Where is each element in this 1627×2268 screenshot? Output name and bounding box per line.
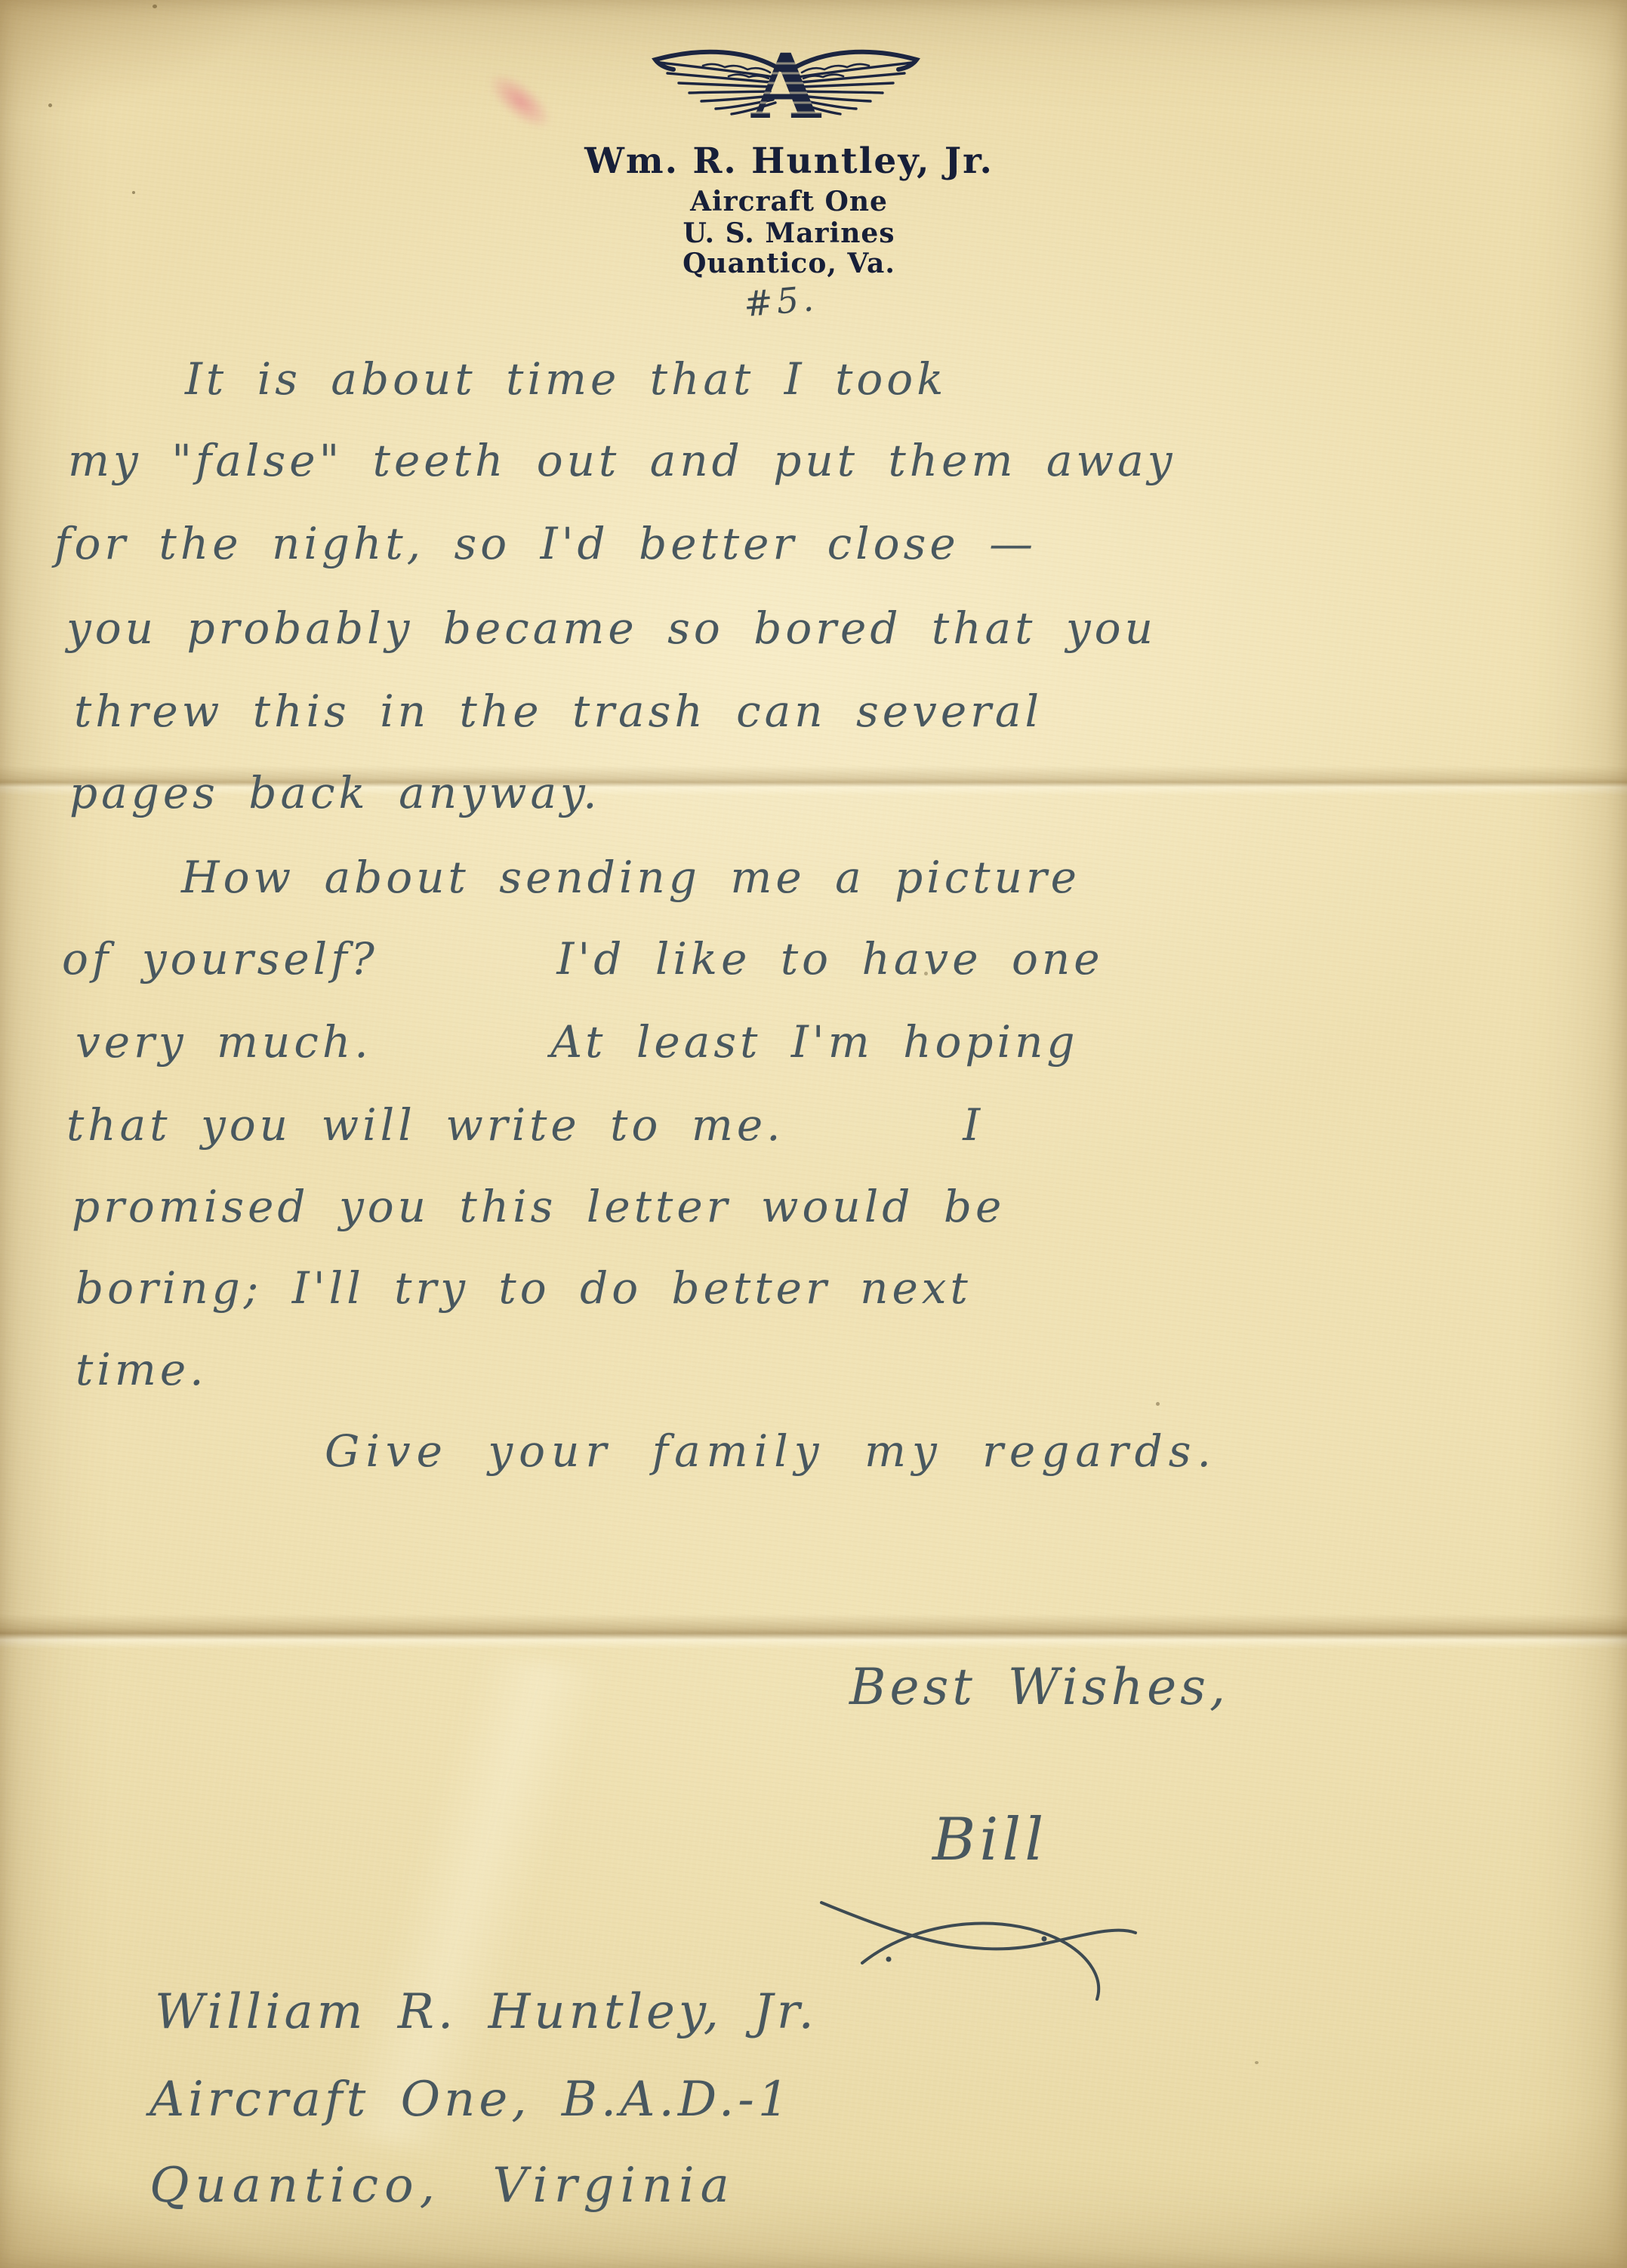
body-line-3: for the night, so I'd better close — [54, 518, 1037, 569]
winged-a-emblem: A A [643, 39, 929, 136]
body-line-9: very much. At least I'm hoping [75, 1016, 1079, 1068]
emblem-letter-a: A [750, 39, 821, 136]
paper-speck [153, 5, 157, 8]
sender-unit: Aircraft One, B.A.D.-1 [149, 2072, 793, 2128]
body-line-12: boring; I'll try to do better next [75, 1262, 972, 1314]
body-line-7: How about sending me a picture [181, 852, 1080, 903]
sender-location: Quantico, Virginia [149, 2158, 735, 2214]
body-line-13: time. [75, 1344, 208, 1395]
paper-speck [132, 191, 135, 194]
body-line-14: Give your family my regards. [325, 1425, 1217, 1477]
letterhead-name: Wm. R. Huntley, Jr. [525, 140, 1053, 182]
letterhead-location: Quantico, Va. [525, 248, 1053, 279]
pink-stain [480, 63, 560, 138]
valediction: Best Wishes, [849, 1658, 1229, 1716]
paper-speck [48, 103, 52, 107]
body-line-2: my "false" teeth out and put them away [68, 435, 1176, 486]
body-line-10: that you will write to me. I [66, 1099, 984, 1151]
paper-speck [1156, 1402, 1160, 1406]
sender-name: William R. Huntley, Jr. [155, 1984, 818, 2040]
fold-crease-lower [0, 1614, 1627, 1649]
body-line-8: of yourself? I'd like to have one [62, 933, 1104, 985]
body-line-1: It is about time that I took [185, 353, 947, 405]
letterhead-branch: U. S. Marines [525, 217, 1053, 249]
page-number: #5. [742, 278, 819, 325]
body-line-11: promised you this letter would be [72, 1181, 1005, 1232]
signature: Bill [932, 1806, 1047, 1874]
body-line-4: you probably became so bored that you [66, 602, 1157, 654]
body-line-5: threw this in the trash can several [74, 686, 1043, 737]
paper-speck [1255, 2061, 1259, 2064]
signature-flourish [815, 1871, 1148, 2003]
letterhead-unit: Aircraft One [525, 186, 1053, 217]
letter-page: A A Wm. R. Huntley, Jr. Aircraft One U. … [0, 0, 1627, 2268]
body-line-6: pages back anyway. [69, 767, 601, 818]
